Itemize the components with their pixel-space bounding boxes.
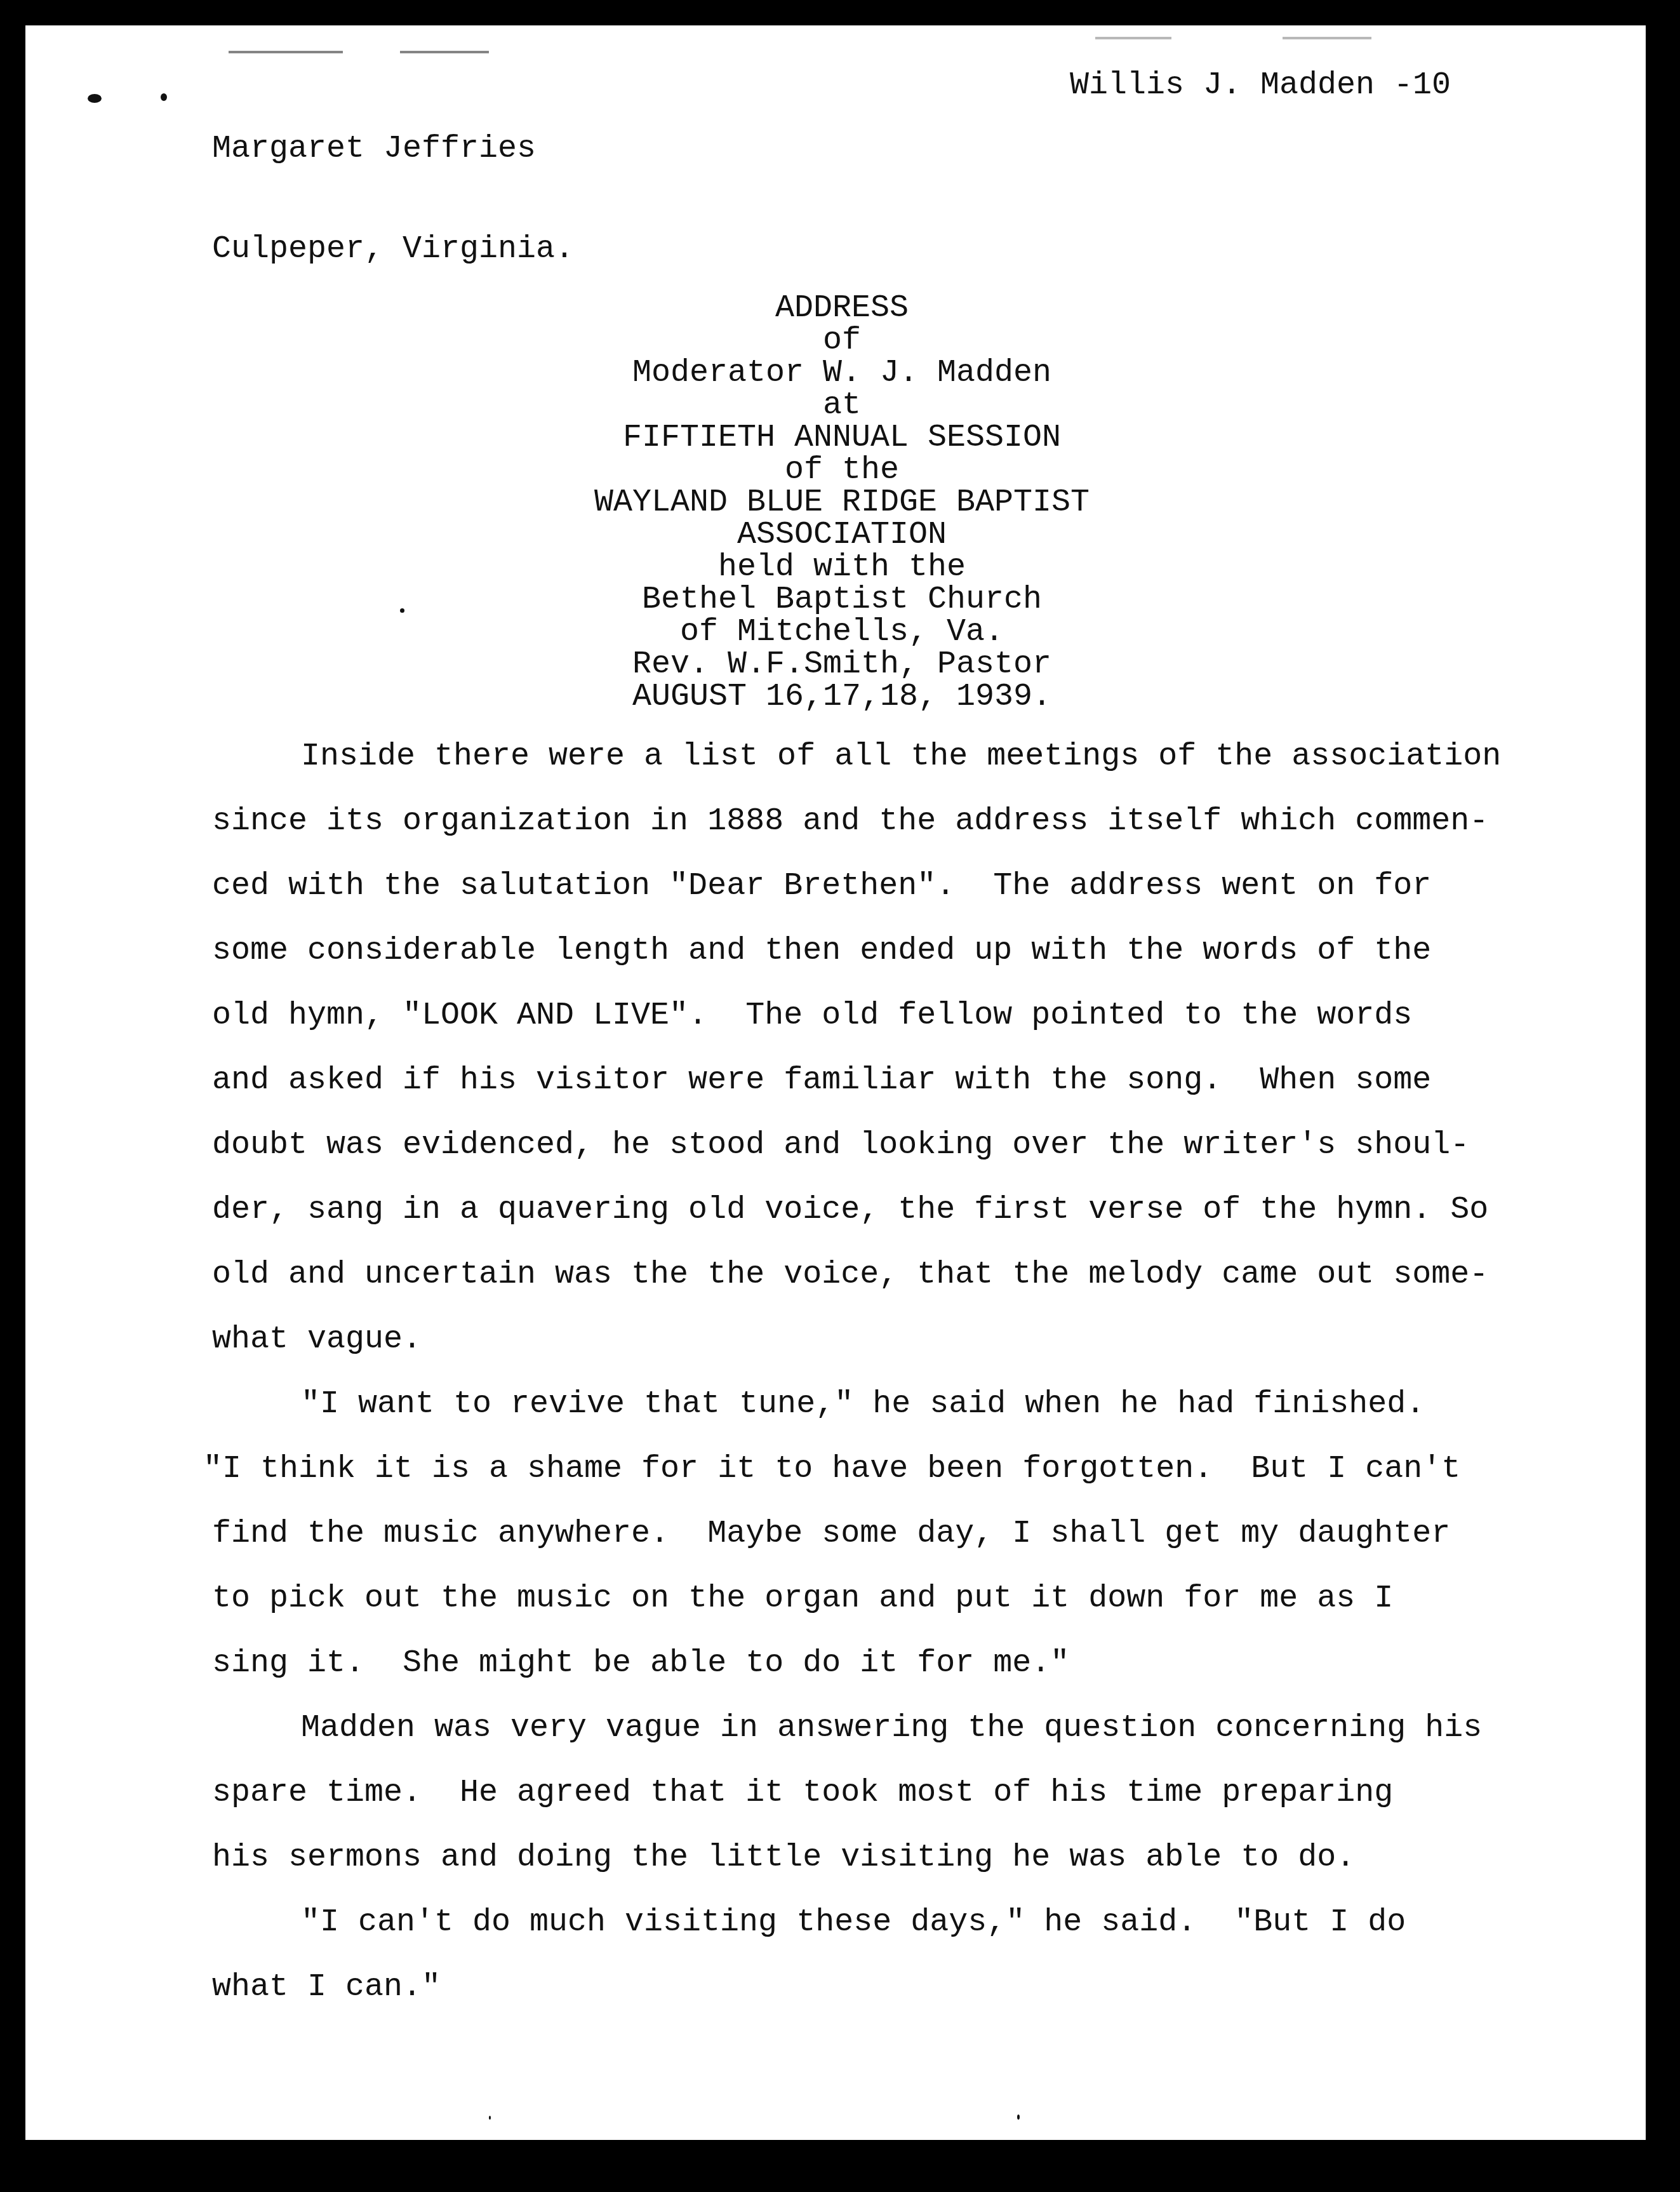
body-line: and asked if his visitor were familiar w… — [212, 1062, 1545, 1126]
illegible-stamp-mark — [1095, 37, 1171, 39]
body-line: what vague. — [212, 1321, 1545, 1386]
body-line: sing it. She might be able to do it for … — [212, 1645, 1545, 1709]
title-line: Bethel Baptist Church — [32, 584, 1652, 616]
title-line: of — [32, 324, 1652, 357]
body-line: some considerable length and then ended … — [212, 932, 1545, 997]
title-line: FIFTIETH ANNUAL SESSION — [32, 422, 1652, 454]
body-line: der, sang in a quavering old voice, the … — [212, 1191, 1545, 1256]
body-line: to pick out the music on the organ and p… — [212, 1580, 1545, 1645]
body-line: doubt was evidenced, he stood and lookin… — [212, 1126, 1545, 1191]
title-line: WAYLAND BLUE RIDGE BAPTIST — [32, 486, 1652, 519]
title-line: Moderator W. J. Madden — [32, 357, 1652, 389]
body-line: old hymn, "LOOK AND LIVE". The old fello… — [212, 997, 1545, 1062]
body-line: old and uncertain was the the voice, tha… — [212, 1256, 1545, 1321]
body-line: "I want to revive that tune," he said wh… — [212, 1386, 1545, 1450]
illegible-stamp-mark — [400, 51, 489, 53]
title-line: held with the — [32, 551, 1652, 584]
title-line: of the — [32, 454, 1652, 486]
body-line: ced with the salutation "Dear Brethen". … — [212, 867, 1545, 932]
speck — [489, 2116, 491, 2120]
illegible-stamp-mark — [1283, 37, 1371, 39]
body-line: spare time. He agreed that it took most … — [212, 1774, 1545, 1839]
title-line: AUGUST 16,17,18, 1939. — [32, 681, 1652, 713]
title-line: Rev. W.F.Smith, Pastor — [32, 648, 1652, 681]
body-line: his sermons and doing the little visitin… — [212, 1839, 1545, 1904]
illegible-stamp-mark — [229, 51, 343, 53]
title-line: ADDRESS — [32, 292, 1652, 324]
speck — [400, 608, 404, 613]
header-page-label: Willis J. Madden -10 — [1070, 70, 1451, 102]
ink-mark — [88, 94, 102, 103]
body-line: find the music anywhere. Maybe some day,… — [212, 1515, 1545, 1580]
body-line: "I think it is a shame for it to have be… — [203, 1450, 1545, 1515]
header-author-name: Margaret Jeffries — [212, 133, 574, 170]
document-page: Margaret Jeffries Culpeper, Virginia. Wi… — [25, 25, 1646, 2140]
ink-mark — [161, 93, 167, 101]
address-title-block: ADDRESS of Moderator W. J. Madden at FIF… — [25, 292, 1646, 713]
body-text: Inside there were a list of all the meet… — [212, 738, 1545, 2033]
title-line: of Mitchells, Va. — [32, 616, 1652, 648]
title-line: at — [32, 389, 1652, 422]
header-author-location: Culpeper, Virginia. — [212, 234, 574, 271]
body-line: "I can't do much visiting these days," h… — [212, 1904, 1545, 1968]
title-line: ASSOCIATION — [32, 519, 1652, 551]
body-line: since its organization in 1888 and the a… — [212, 803, 1545, 867]
body-line: what I can." — [212, 1968, 1545, 2033]
body-line: Inside there were a list of all the meet… — [212, 738, 1545, 803]
speck — [1017, 2115, 1020, 2120]
body-line: Madden was very vague in answering the q… — [212, 1709, 1545, 1774]
